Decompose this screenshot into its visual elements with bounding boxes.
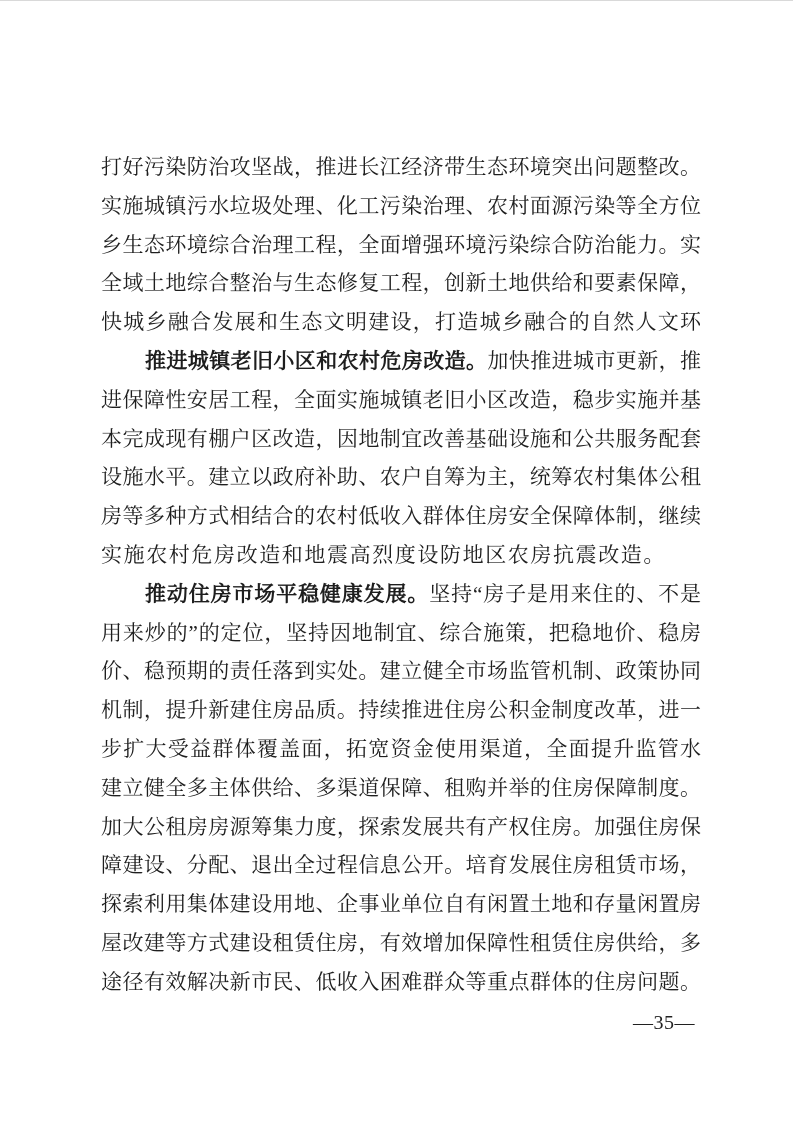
text-line: 建立健全多主体供给、多渠道保障、租购并举的住房保障制度。 bbox=[101, 769, 701, 808]
text-line: 障建设、分配、退出全过程信息公开。培育发展住房租赁市场， bbox=[101, 846, 701, 885]
text-line: 打好污染防治攻坚战，推进长江经济带生态环境突出问题整改。 bbox=[101, 148, 701, 187]
paragraph-pollution-prevention-ecology: 打好污染防治攻坚战，推进长江经济带生态环境突出问题整改。实施城镇污水垃圾处理、化… bbox=[101, 148, 701, 342]
document-body: 打好污染防治攻坚战，推进长江经济带生态环境突出问题整改。实施城镇污水垃圾处理、化… bbox=[101, 148, 701, 1002]
page-number: —35— bbox=[633, 1011, 695, 1035]
text-line: 实施城镇污水垃圾处理、化工污染治理、农村面源污染等全方位城 bbox=[101, 187, 701, 226]
text-line: 价、稳预期的责任落到实处。建立健全市场监管机制、政策协同 bbox=[101, 652, 701, 691]
text-line: 用来炒的”的定位，坚持因地制宜、综合施策，把稳地价、稳房 bbox=[101, 614, 701, 653]
page-top-edge bbox=[0, 0, 793, 1]
text-line: 加大公租房房源筹集力度，探索发展共有产权住房。加强住房保 bbox=[101, 808, 701, 847]
text-line: 推进城镇老旧小区和农村危房改造。加快推进城市更新，推 bbox=[101, 342, 701, 381]
text-line: 全域土地综合整治与生态修复工程，创新土地供给和要素保障，加 bbox=[101, 264, 701, 303]
paragraph-lead-bold: 推动住房市场平稳健康发展。 bbox=[145, 583, 429, 606]
text-line: 探索利用集体建设用地、企事业单位自有闲置土地和存量闲置房 bbox=[101, 885, 701, 924]
text-line: 快城乡融合发展和生态文明建设，打造城乡融合的自然人文环境。 bbox=[101, 303, 701, 342]
text-line: 本完成现有棚户区改造，因地制宜改善基础设施和公共服务配套 bbox=[101, 420, 701, 459]
text-line: 设施水平。建立以政府补助、农户自筹为主，统筹农村集体公租 bbox=[101, 458, 701, 497]
text-line: 房等多种方式相结合的农村低收入群体住房安全保障体制，继续 bbox=[101, 497, 701, 536]
paragraph-housing-market-stable-development: 推动住房市场平稳健康发展。坚持“房子是用来住的、不是用来炒的”的定位，坚持因地制… bbox=[101, 575, 701, 1002]
paragraph-old-district-rural-housing-renovation: 推进城镇老旧小区和农村危房改造。加快推进城市更新，推进保障性安居工程，全面实施城… bbox=[101, 342, 701, 575]
document-page: 打好污染防治攻坚战，推进长江经济带生态环境突出问题整改。实施城镇污水垃圾处理、化… bbox=[0, 0, 793, 1122]
text-line: 推动住房市场平稳健康发展。坚持“房子是用来住的、不是 bbox=[101, 575, 701, 614]
text-line: 机制，提升新建住房品质。持续推进住房公积金制度改革，进一 bbox=[101, 691, 701, 730]
text-line: 进保障性安居工程，全面实施城镇老旧小区改造，稳步实施并基 bbox=[101, 381, 701, 420]
text-line: 屋改建等方式建设租赁住房，有效增加保障性租赁住房供给，多 bbox=[101, 924, 701, 963]
text-line: 实施农村危房改造和地震高烈度设防地区农房抗震改造。 bbox=[101, 536, 701, 575]
text-line: 步扩大受益群体覆盖面，拓宽资金使用渠道，全面提升监管水平。 bbox=[101, 730, 701, 769]
text-line: 乡生态环境综合治理工程，全面增强环境污染综合防治能力。实施 bbox=[101, 226, 701, 265]
paragraph-lead-bold: 推进城镇老旧小区和农村危房改造。 bbox=[145, 350, 487, 373]
text-line: 途径有效解决新市民、低收入困难群众等重点群体的住房问题。 bbox=[101, 963, 701, 1002]
